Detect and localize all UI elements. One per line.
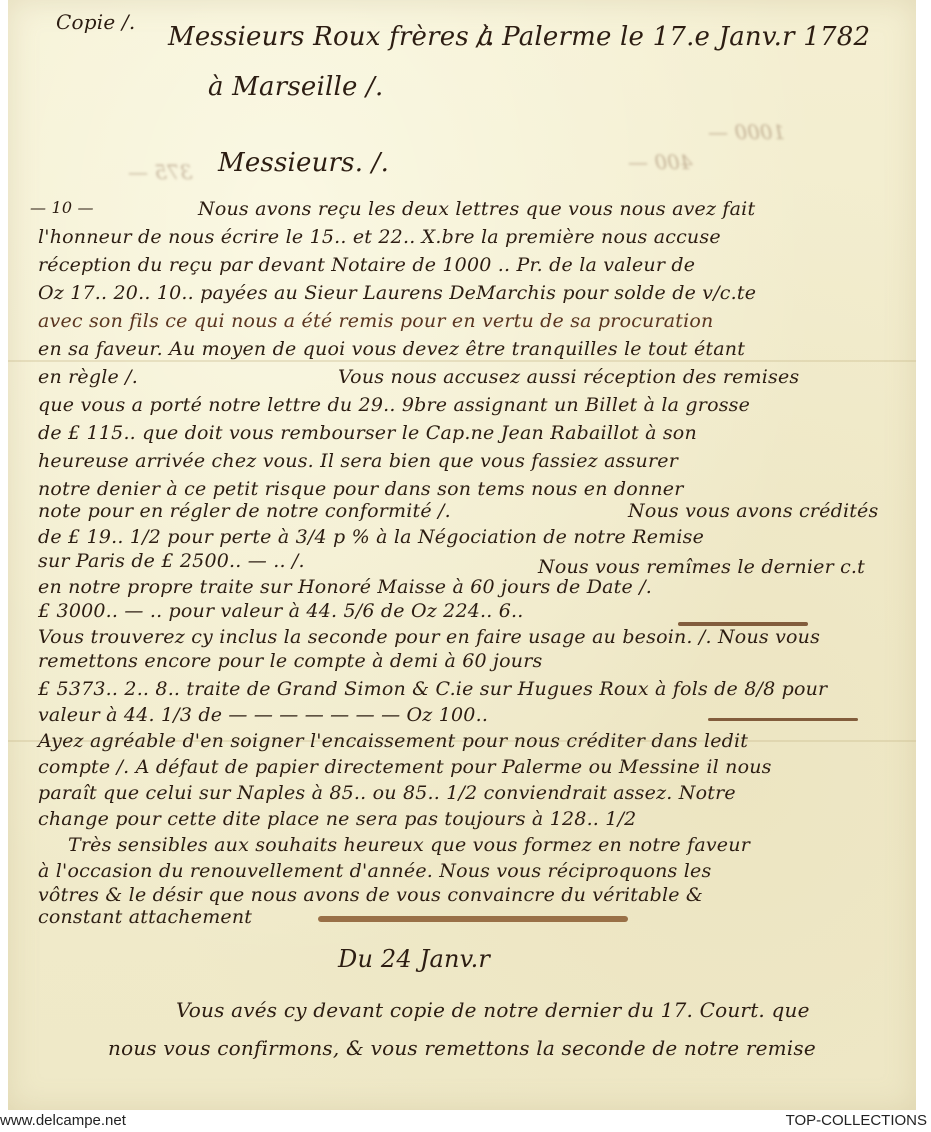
body-line: Ayez agréable d'en soigner l'encaissemen… — [38, 730, 748, 752]
body-line: Très sensibles aux souhaits heureux que … — [68, 834, 750, 856]
body-line: de £ 115.. que doit vous rembourser le C… — [38, 422, 697, 444]
body-line: Nous vous remîmes le dernier c.t — [538, 556, 865, 578]
body-line: note pour en régler de notre conformité … — [38, 500, 451, 522]
footer-site-link[interactable]: www.delcampe.net — [0, 1112, 126, 1129]
ink-flourish — [318, 916, 628, 922]
body-line: en notre propre traite sur Honoré Maisse… — [38, 576, 652, 598]
paper-fold — [8, 360, 916, 362]
body-line: constant attachement — [38, 906, 252, 928]
bleed-through-text: 400 — — [628, 150, 693, 174]
copy-mark: Copie /. — [56, 10, 135, 34]
bleed-through-text: 375 — — [128, 160, 193, 184]
body-line: remettons encore pour le compte à demi à… — [38, 650, 542, 672]
body-line: Vous trouverez cy inclus la seconde pour… — [38, 626, 820, 648]
body-line: heureuse arrivée chez vous. Il sera bien… — [38, 450, 678, 472]
ink-flourish — [708, 718, 858, 721]
letter-paper: 375 — 1000 — 400 — Copie /. Messieurs Ro… — [8, 0, 916, 1110]
body-line: sur Paris de £ 2500.. — .. /. — [38, 550, 305, 572]
postscript-date: Du 24 Janv.r — [338, 945, 490, 973]
body-line: avec son fils ce qui nous a été remis po… — [38, 310, 714, 332]
body-line: valeur à 44. 1/3 de — — — — — — — Oz 100… — [38, 704, 488, 726]
letter-city: à Marseille /. — [208, 72, 383, 102]
body-line: notre denier à ce petit risque pour dans… — [38, 478, 684, 500]
bleed-through-text: 1000 — — [708, 120, 785, 144]
body-line: l'honneur de nous écrire le 15.. et 22..… — [38, 226, 721, 248]
body-line: £ 3000.. — .. pour valeur à 44. 5/6 de O… — [38, 600, 524, 622]
postscript-line: Vous avés cy devant copie de notre derni… — [176, 998, 810, 1022]
body-line: paraît que celui sur Naples à 85.. ou 85… — [38, 782, 736, 804]
body-line: compte /. A défaut de papier directement… — [38, 756, 772, 778]
footer-seller-name: TOP-COLLECTIONS — [786, 1112, 927, 1129]
salutation: Messieurs. /. — [218, 148, 389, 178]
body-line: en sa faveur. Au moyen de quoi vous deve… — [38, 338, 745, 360]
body-line: à l'occasion du renouvellement d'année. … — [38, 860, 711, 882]
body-line: Nous vous avons crédités — [628, 500, 878, 522]
margin-note: — 10 — — [30, 198, 94, 217]
body-line: Oz 17.. 20.. 10.. payées au Sieur Lauren… — [38, 282, 756, 304]
body-line: que vous a porté notre lettre du 29.. 9b… — [38, 394, 750, 416]
body-line: vôtres & le désir que nous avons de vous… — [38, 884, 703, 906]
body-line: Nous avons reçu les deux lettres que vou… — [198, 198, 755, 220]
letter-addressee: Messieurs Roux frères /. — [168, 22, 495, 52]
postscript-line: nous vous confirmons, & vous remettons l… — [108, 1036, 816, 1060]
body-line: Vous nous accusez aussi réception des re… — [338, 366, 799, 388]
letter-place-date: à Palerme le 17.e Janv.r 1782 — [478, 22, 870, 52]
body-line: £ 5373.. 2.. 8.. traite de Grand Simon &… — [38, 678, 827, 700]
body-line: en règle /. — [38, 366, 138, 388]
body-line: change pour cette dite place ne sera pas… — [38, 808, 636, 830]
body-line: réception du reçu par devant Notaire de … — [38, 254, 695, 276]
body-line: de £ 19.. 1/2 pour perte à 3/4 p % à la … — [38, 526, 704, 548]
